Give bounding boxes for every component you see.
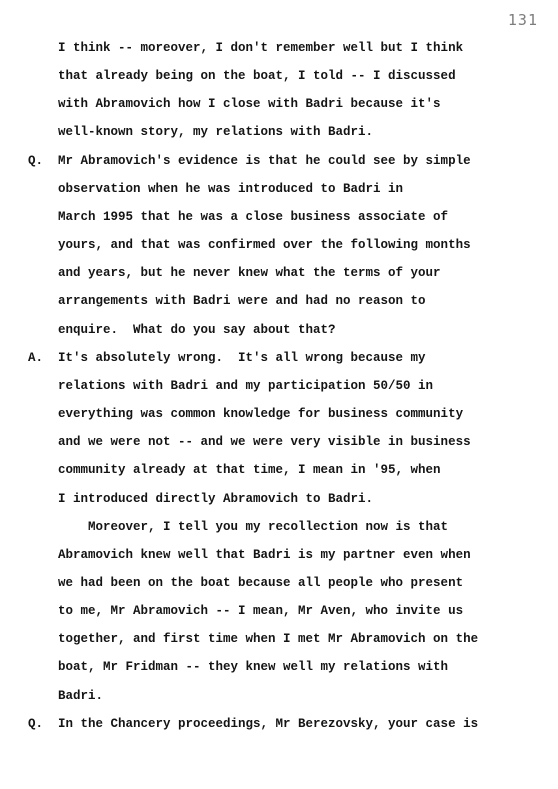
transcript-line: and we were not -- and we were very visi… <box>28 428 558 456</box>
transcript-line-text: and we were not -- and we were very visi… <box>58 435 471 449</box>
transcript-line: Q.In the Chancery proceedings, Mr Berezo… <box>28 710 558 738</box>
transcript-line: Q.Mr Abramovich's evidence is that he co… <box>28 147 558 175</box>
transcript-line-text: we had been on the boat because all peop… <box>58 576 463 590</box>
speaker-marker: Q. <box>28 147 58 175</box>
transcript-line-text: enquire. What do you say about that? <box>58 323 336 337</box>
transcript-line-text: Moreover, I tell you my recollection now… <box>58 520 448 534</box>
transcript-line-text: relations with Badri and my participatio… <box>58 379 433 393</box>
transcript-line-text: Abramovich knew well that Badri is my pa… <box>58 548 471 562</box>
transcript-line-text: I introduced directly Abramovich to Badr… <box>58 492 373 506</box>
transcript-line-text: community already at that time, I mean i… <box>58 463 441 477</box>
transcript-line-text: with Abramovich how I close with Badri b… <box>58 97 441 111</box>
transcript-line: we had been on the boat because all peop… <box>28 569 558 597</box>
transcript-body: I think -- moreover, I don't remember we… <box>28 34 558 738</box>
transcript-line: with Abramovich how I close with Badri b… <box>28 90 558 118</box>
transcript-line: A.It's absolutely wrong. It's all wrong … <box>28 344 558 372</box>
transcript-line-text: In the Chancery proceedings, Mr Berezovs… <box>58 717 478 731</box>
transcript-page: 131 I think -- moreover, I don't remembe… <box>0 0 558 789</box>
transcript-line: and years, but he never knew what the te… <box>28 259 558 287</box>
transcript-line-text: to me, Mr Abramovich -- I mean, Mr Aven,… <box>58 604 463 618</box>
transcript-line-text: and years, but he never knew what the te… <box>58 266 441 280</box>
transcript-line-text: March 1995 that he was a close business … <box>58 210 448 224</box>
transcript-line: together, and first time when I met Mr A… <box>28 625 558 653</box>
transcript-line-text: everything was common knowledge for busi… <box>58 407 463 421</box>
transcript-line-text: boat, Mr Fridman -- they knew well my re… <box>58 660 448 674</box>
transcript-line-text: observation when he was introduced to Ba… <box>58 182 403 196</box>
transcript-line: to me, Mr Abramovich -- I mean, Mr Aven,… <box>28 597 558 625</box>
transcript-line: Moreover, I tell you my recollection now… <box>28 513 558 541</box>
transcript-line: enquire. What do you say about that? <box>28 316 558 344</box>
transcript-line: observation when he was introduced to Ba… <box>28 175 558 203</box>
transcript-line: well-known story, my relations with Badr… <box>28 118 558 146</box>
transcript-line: boat, Mr Fridman -- they knew well my re… <box>28 653 558 681</box>
transcript-line-text: arrangements with Badri were and had no … <box>58 294 426 308</box>
transcript-line: relations with Badri and my participatio… <box>28 372 558 400</box>
transcript-line-text: Mr Abramovich's evidence is that he coul… <box>58 154 471 168</box>
transcript-line-text: Badri. <box>58 689 103 703</box>
transcript-line: Badri. <box>28 682 558 710</box>
transcript-line: arrangements with Badri were and had no … <box>28 287 558 315</box>
transcript-line: March 1995 that he was a close business … <box>28 203 558 231</box>
speaker-marker: A. <box>28 344 58 372</box>
transcript-line-text: together, and first time when I met Mr A… <box>58 632 478 646</box>
transcript-line: yours, and that was confirmed over the f… <box>28 231 558 259</box>
transcript-line: everything was common knowledge for busi… <box>28 400 558 428</box>
transcript-line: that already being on the boat, I told -… <box>28 62 558 90</box>
transcript-line-text: yours, and that was confirmed over the f… <box>58 238 471 252</box>
transcript-line: Abramovich knew well that Badri is my pa… <box>28 541 558 569</box>
transcript-line-text: that already being on the boat, I told -… <box>58 69 456 83</box>
transcript-line-text: I think -- moreover, I don't remember we… <box>58 41 463 55</box>
transcript-line-text: well-known story, my relations with Badr… <box>58 125 373 139</box>
transcript-line-text: It's absolutely wrong. It's all wrong be… <box>58 351 426 365</box>
transcript-line: I think -- moreover, I don't remember we… <box>28 34 558 62</box>
transcript-line: I introduced directly Abramovich to Badr… <box>28 485 558 513</box>
speaker-marker: Q. <box>28 710 58 738</box>
transcript-line: community already at that time, I mean i… <box>28 456 558 484</box>
page-number: 131 <box>508 11 538 29</box>
